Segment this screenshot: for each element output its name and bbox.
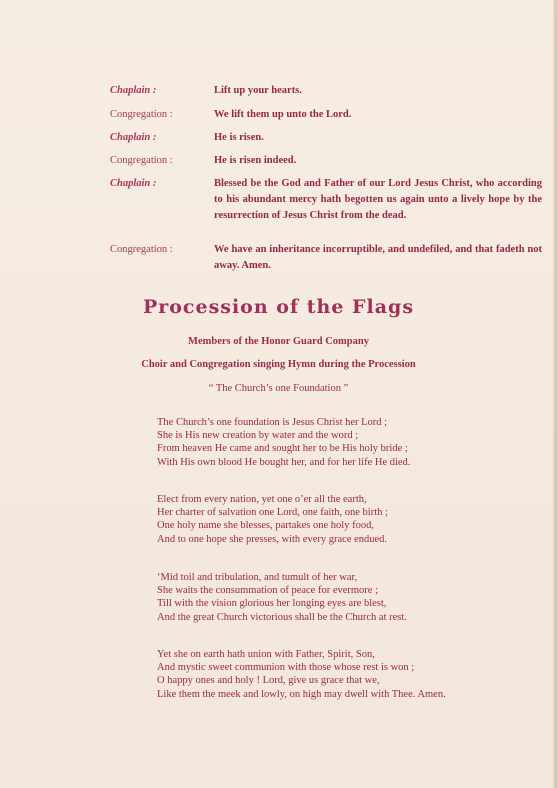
hymn-line: Like them the meek and lowly, on high ma… — [157, 688, 446, 701]
hymn-stanza: Yet she on earth hath union with Father,… — [157, 648, 446, 701]
speaker-label: Chaplain : — [110, 83, 210, 99]
hymn-line: ‘Mid toil and tribulation, and tumult of… — [157, 571, 407, 584]
reading-text: We lift them up unto the Lord. — [214, 107, 542, 123]
hymn-line: She waits the consummation of peace for … — [157, 584, 407, 597]
speaker-label: Chaplain : — [110, 130, 210, 146]
hymn-line: One holy name she blesses, partakes one … — [157, 519, 388, 532]
hymn-line: From heaven He came and sought her to be… — [157, 442, 410, 455]
reading-text: Blessed be the God and Father of our Lor… — [214, 176, 542, 224]
hymn-line: O happy ones and holy ! Lord, give us gr… — [157, 674, 446, 687]
hymn-line: Elect from every nation, yet one o’er al… — [157, 493, 388, 506]
section-subtitle: Members of the Honor Guard Company — [0, 336, 557, 347]
hymn-line: Yet she on earth hath union with Father,… — [157, 648, 446, 661]
hymn-line: And the great Church victorious shall be… — [157, 611, 407, 624]
reading-text: He is risen. — [214, 130, 542, 146]
hymn-stanza: Elect from every nation, yet one o’er al… — [157, 493, 388, 546]
speaker-label: Chaplain : — [110, 176, 210, 192]
hymn-line: She is His new creation by water and the… — [157, 429, 410, 442]
speaker-label: Congregation : — [110, 107, 210, 123]
speaker-label: Congregation : — [110, 153, 210, 169]
hymn-line: And mystic sweet communion with those wh… — [157, 661, 446, 674]
hymn-line: The Church’s one foundation is Jesus Chr… — [157, 416, 410, 429]
reading-text: We have an inheritance incorruptible, an… — [214, 242, 542, 274]
hymn-line: Till with the vision glorious her longin… — [157, 597, 407, 610]
speaker-label: Congregation : — [110, 242, 210, 258]
page-edge — [553, 0, 557, 788]
hymn-line: And to one hope she presses, with every … — [157, 533, 388, 546]
reading-text: He is risen indeed. — [214, 153, 542, 169]
hymn-title: “ The Church’s one Foundation ” — [0, 383, 557, 394]
section-subtitle: Choir and Congregation singing Hymn duri… — [0, 359, 557, 370]
section-title: Procession of the Flags — [0, 296, 557, 318]
hymn-line: Her charter of salvation one Lord, one f… — [157, 506, 388, 519]
reading-text: Lift up your hearts. — [214, 83, 542, 99]
hymn-stanza: The Church’s one foundation is Jesus Chr… — [157, 416, 410, 469]
hymn-stanza: ‘Mid toil and tribulation, and tumult of… — [157, 571, 407, 624]
hymn-line: With His own blood He bought her, and fo… — [157, 456, 410, 469]
